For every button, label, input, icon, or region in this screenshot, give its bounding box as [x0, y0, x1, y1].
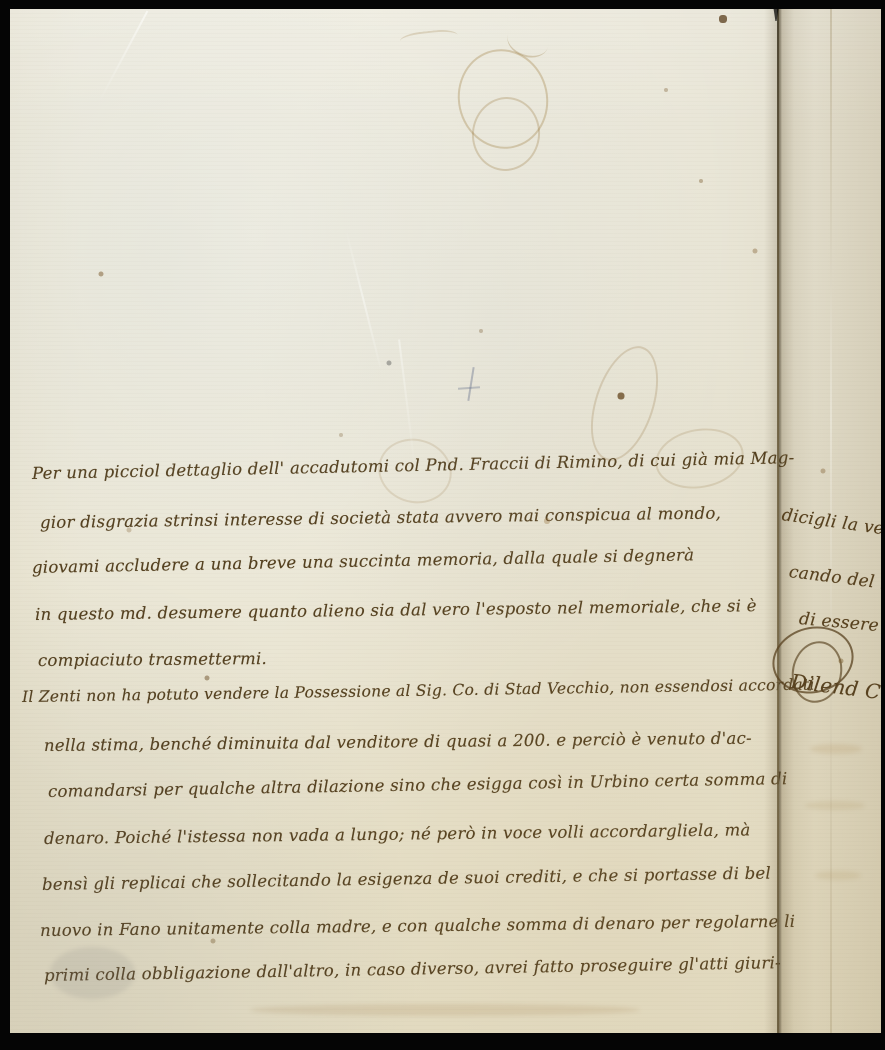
- page2-fragment-3: di essere: [798, 609, 880, 636]
- handwritten-line-10: bensì gli replicai che sollecitando la e…: [42, 864, 771, 894]
- pencil-mark-horizontal: [458, 386, 480, 390]
- handwritten-line-11: nuovo in Fano unitamente colla madre, e …: [40, 912, 795, 940]
- bleedthrough-flourish-tail: [503, 19, 553, 62]
- handwritten-line-4: in questo md. desumere quanto alieno sia…: [35, 596, 757, 624]
- crease-mid-lower: [398, 339, 416, 468]
- page2-fragment-1: dicigli la ven: [781, 505, 882, 541]
- handwritten-line-3: giovami accludere a una breve una succin…: [32, 545, 695, 577]
- bleedthrough-right-b: [805, 801, 865, 810]
- handwritten-line-5: compiaciuto trasmettermi.: [38, 649, 267, 670]
- paper-sheet: Per una picciol dettaglio dell' accaduto…: [10, 9, 882, 1033]
- pencil-mark-vertical: [467, 367, 474, 401]
- page2-fragment-4: Dilend C: [790, 669, 882, 704]
- bleedthrough-flourish-inner: [467, 93, 545, 176]
- fold-crease: [777, 9, 779, 1033]
- foxing-spots: [10, 9, 12, 11]
- handwritten-line-2: gior disgrazia strinsi interesse di soci…: [40, 503, 721, 532]
- frame-top: [0, 0, 885, 9]
- frame-left: [0, 0, 10, 1050]
- handwritten-line-8: comandarsi per qualche altra dilazione s…: [48, 769, 788, 801]
- bleedthrough-loop-mid-a: [578, 338, 671, 469]
- frame-bottom: [0, 1033, 885, 1050]
- crease-mid-upper: [345, 229, 381, 367]
- bleedthrough-flourish-large: [449, 41, 558, 158]
- handwritten-line-9: denaro. Poiché l'istessa non vada a lung…: [44, 820, 751, 848]
- bleedthrough-right-c: [815, 871, 861, 880]
- handwritten-line-1: Per una picciol dettaglio dell' accaduto…: [32, 448, 795, 483]
- page2-fragment-2: cando del m: [788, 562, 882, 595]
- crease-top-left: [98, 11, 149, 104]
- manuscript-scan: Per una picciol dettaglio dell' accaduto…: [0, 0, 885, 1050]
- bleedthrough-row-bottom: [250, 1004, 640, 1016]
- handwritten-line-7: nella stima, benché diminuita dal vendit…: [44, 729, 752, 755]
- bleedthrough-right-a: [810, 744, 862, 754]
- handwritten-line-12: primi colla obbligazione dall'altro, in …: [44, 953, 781, 985]
- bleedthrough-writing-trace: [399, 28, 459, 52]
- handwritten-line-6: Il Zenti non ha potuto vendere la Posses…: [22, 676, 815, 706]
